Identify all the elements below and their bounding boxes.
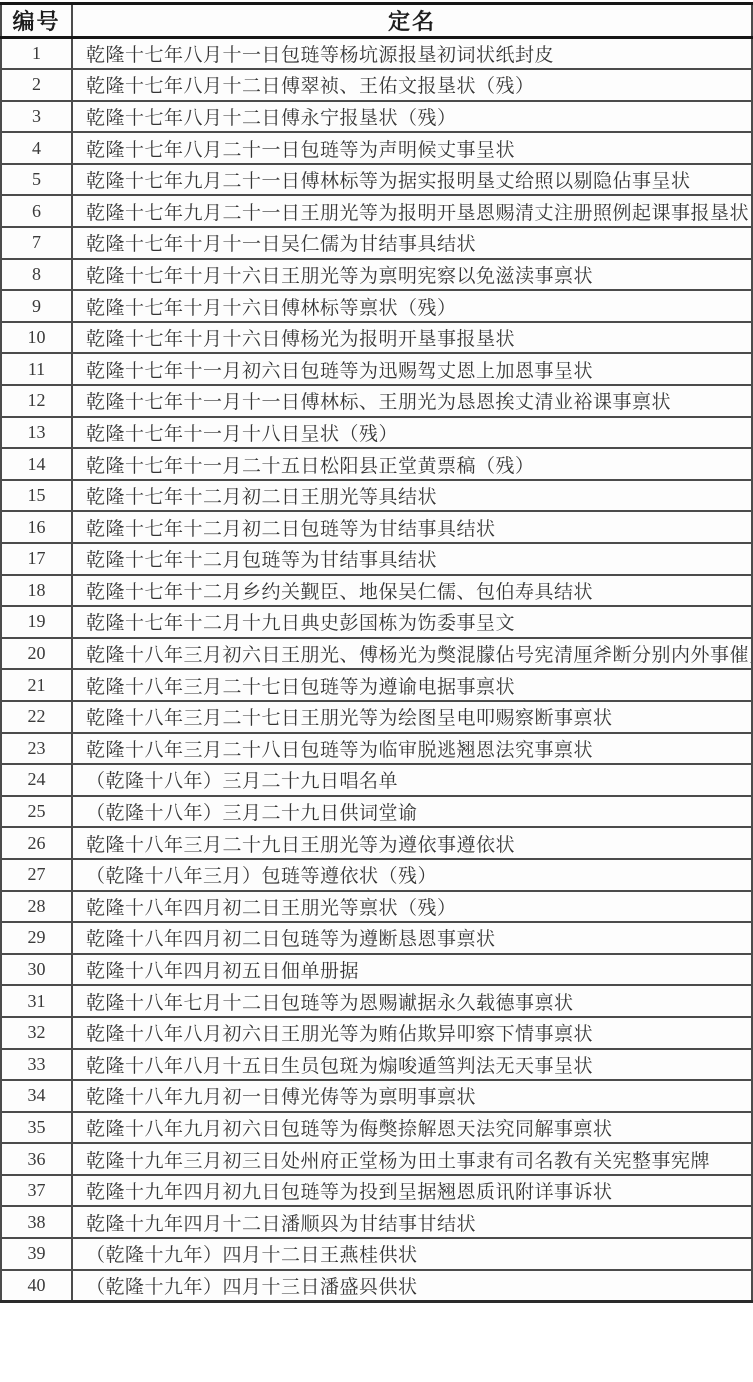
table-row: 28 乾隆十八年四月初二日王朋光等禀状（残） bbox=[1, 891, 752, 923]
row-title: 乾隆十七年十一月二十五日松阳县正堂黄票稿（残） bbox=[72, 448, 752, 480]
table-row: 33 乾隆十八年八月十五日生员包斑为煽唆遁筜判法无天事呈状 bbox=[1, 1049, 752, 1081]
header-cell-title: 定名 bbox=[72, 4, 752, 38]
table-row: 26 乾隆十八年三月二十九日王朋光等为遵依事遵依状 bbox=[1, 827, 752, 859]
row-title: 乾隆十七年八月十二日傅永宁报垦状（残） bbox=[72, 101, 752, 133]
row-number: 19 bbox=[1, 606, 72, 638]
row-title: 乾隆十九年四月初九日包琏等为投到呈据翘恩质讯附详事诉状 bbox=[72, 1175, 752, 1207]
row-title: 乾隆十八年九月初一日傅光俦等为禀明事禀状 bbox=[72, 1080, 752, 1112]
row-title: 乾隆十七年十一月十八日呈状（残） bbox=[72, 417, 752, 449]
row-number: 34 bbox=[1, 1080, 72, 1112]
row-number: 29 bbox=[1, 922, 72, 954]
row-title: 乾隆十八年三月二十八日包琏等为临审脱逃翘恩法究事禀状 bbox=[72, 733, 752, 765]
row-number: 31 bbox=[1, 985, 72, 1017]
table-row: 18 乾隆十七年十二月乡约关觐臣、地保吴仁儒、包伯寿具结状 bbox=[1, 575, 752, 607]
row-number: 26 bbox=[1, 827, 72, 859]
row-number: 10 bbox=[1, 322, 72, 354]
row-number: 27 bbox=[1, 859, 72, 891]
table-row: 31 乾隆十八年七月十二日包琏等为恩赐谳据永久载德事禀状 bbox=[1, 985, 752, 1017]
row-number: 5 bbox=[1, 164, 72, 196]
row-number: 17 bbox=[1, 543, 72, 575]
row-title: （乾隆十九年）四月十二日王燕桂供状 bbox=[72, 1238, 752, 1270]
row-number: 35 bbox=[1, 1112, 72, 1144]
table-row: 10 乾隆十七年十月十六日傅杨光为报明开垦事报垦状 bbox=[1, 322, 752, 354]
table-row: 9 乾隆十七年十月十六日傅林标等禀状（残） bbox=[1, 290, 752, 322]
row-title: 乾隆十八年七月十二日包琏等为恩赐谳据永久载德事禀状 bbox=[72, 985, 752, 1017]
table-row: 17 乾隆十七年十二月包琏等为甘结事具结状 bbox=[1, 543, 752, 575]
row-number: 13 bbox=[1, 417, 72, 449]
row-number: 37 bbox=[1, 1175, 72, 1207]
table-header: 编号 定名 bbox=[1, 4, 752, 38]
header-cell-number: 编号 bbox=[1, 4, 72, 38]
row-number: 4 bbox=[1, 132, 72, 164]
row-title: 乾隆十八年九月初六日包琏等为侮獘捺解恩天法究同解事禀状 bbox=[72, 1112, 752, 1144]
table-row: 36 乾隆十九年三月初三日处州府正堂杨为田土事隶有司名教有关宪整事宪牌 bbox=[1, 1143, 752, 1175]
row-number: 1 bbox=[1, 38, 72, 70]
table-row: 11 乾隆十七年十一月初六日包琏等为迅赐驾丈恩上加恩事呈状 bbox=[1, 353, 752, 385]
row-title: 乾隆十七年八月十二日傅翠祯、王佑文报垦状（残） bbox=[72, 69, 752, 101]
row-number: 22 bbox=[1, 701, 72, 733]
row-title: 乾隆十九年四月十二日潘顺㒷为甘结事甘结状 bbox=[72, 1206, 752, 1238]
table-row: 15 乾隆十七年十二月初二日王朋光等具结状 bbox=[1, 480, 752, 512]
table-row: 37 乾隆十九年四月初九日包琏等为投到呈据翘恩质讯附详事诉状 bbox=[1, 1175, 752, 1207]
row-title: 乾隆十八年八月十五日生员包斑为煽唆遁筜判法无天事呈状 bbox=[72, 1049, 752, 1081]
table-row: 12 乾隆十七年十一月十一日傅林标、王朋光为恳恩挨丈清业裕课事禀状 bbox=[1, 385, 752, 417]
row-title: 乾隆十七年十一月初六日包琏等为迅赐驾丈恩上加恩事呈状 bbox=[72, 353, 752, 385]
row-title: （乾隆十八年）三月二十九日供词堂谕 bbox=[72, 796, 752, 828]
table-row: 20 乾隆十八年三月初六日王朋光、傅杨光为獘混朦佔号宪清厘斧断分别内外事催呈 bbox=[1, 638, 752, 670]
row-title: 乾隆十八年三月二十九日王朋光等为遵依事遵依状 bbox=[72, 827, 752, 859]
row-number: 23 bbox=[1, 733, 72, 765]
document-scan: 编号 定名 1 乾隆十七年八月十一日包琏等杨坑源报垦初词状纸封皮 2 乾隆十七年… bbox=[0, 0, 753, 1303]
row-number: 38 bbox=[1, 1206, 72, 1238]
row-number: 24 bbox=[1, 764, 72, 796]
table-row: 8 乾隆十七年十月十六日王朋光等为禀明宪察以免滋渎事禀状 bbox=[1, 259, 752, 291]
row-number: 40 bbox=[1, 1270, 72, 1302]
row-number: 20 bbox=[1, 638, 72, 670]
row-number: 16 bbox=[1, 511, 72, 543]
table-row: 27 （乾隆十八年三月）包琏等遵依状（残） bbox=[1, 859, 752, 891]
row-title: 乾隆十七年八月二十一日包琏等为声明候丈事呈状 bbox=[72, 132, 752, 164]
row-title: 乾隆十八年四月初二日王朋光等禀状（残） bbox=[72, 891, 752, 923]
row-title: 乾隆十七年十一月十一日傅林标、王朋光为恳恩挨丈清业裕课事禀状 bbox=[72, 385, 752, 417]
row-title: 乾隆十九年三月初三日处州府正堂杨为田土事隶有司名教有关宪整事宪牌 bbox=[72, 1143, 752, 1175]
row-number: 2 bbox=[1, 69, 72, 101]
row-number: 12 bbox=[1, 385, 72, 417]
table-row: 21 乾隆十八年三月二十七日包琏等为遵谕电据事禀状 bbox=[1, 669, 752, 701]
catalog-table: 编号 定名 1 乾隆十七年八月十一日包琏等杨坑源报垦初词状纸封皮 2 乾隆十七年… bbox=[0, 2, 753, 1303]
row-title: 乾隆十七年十二月初二日王朋光等具结状 bbox=[72, 480, 752, 512]
row-number: 28 bbox=[1, 891, 72, 923]
row-number: 36 bbox=[1, 1143, 72, 1175]
table-row: 30 乾隆十八年四月初五日佃单册据 bbox=[1, 954, 752, 986]
row-number: 9 bbox=[1, 290, 72, 322]
table-row: 40 （乾隆十九年）四月十三日潘盛㒷供状 bbox=[1, 1270, 752, 1302]
table-row: 29 乾隆十八年四月初二日包琏等为遵断恳恩事禀状 bbox=[1, 922, 752, 954]
table-row: 35 乾隆十八年九月初六日包琏等为侮獘捺解恩天法究同解事禀状 bbox=[1, 1112, 752, 1144]
row-title: 乾隆十七年九月二十一日傅林标等为据实报明垦丈给照以剔隐佔事呈状 bbox=[72, 164, 752, 196]
table-row: 3 乾隆十七年八月十二日傅永宁报垦状（残） bbox=[1, 101, 752, 133]
row-number: 7 bbox=[1, 227, 72, 259]
row-title: 乾隆十八年三月二十七日王朋光等为绘图呈电叩赐察断事禀状 bbox=[72, 701, 752, 733]
row-number: 33 bbox=[1, 1049, 72, 1081]
row-title: （乾隆十八年）三月二十九日唱名单 bbox=[72, 764, 752, 796]
row-title: 乾隆十七年十二月初二日包琏等为甘结事具结状 bbox=[72, 511, 752, 543]
row-title: 乾隆十八年三月二十七日包琏等为遵谕电据事禀状 bbox=[72, 669, 752, 701]
table-row: 14 乾隆十七年十一月二十五日松阳县正堂黄票稿（残） bbox=[1, 448, 752, 480]
row-title: 乾隆十七年八月十一日包琏等杨坑源报垦初词状纸封皮 bbox=[72, 38, 752, 70]
row-title: 乾隆十七年十二月包琏等为甘结事具结状 bbox=[72, 543, 752, 575]
row-number: 30 bbox=[1, 954, 72, 986]
row-title: 乾隆十七年十月十六日傅林标等禀状（残） bbox=[72, 290, 752, 322]
row-number: 18 bbox=[1, 575, 72, 607]
table-row: 7 乾隆十七年十月十一日吴仁儒为甘结事具结状 bbox=[1, 227, 752, 259]
row-number: 32 bbox=[1, 1017, 72, 1049]
row-title: 乾隆十八年四月初五日佃单册据 bbox=[72, 954, 752, 986]
row-title: 乾隆十八年三月初六日王朋光、傅杨光为獘混朦佔号宪清厘斧断分别内外事催呈 bbox=[72, 638, 752, 670]
row-number: 11 bbox=[1, 353, 72, 385]
row-number: 21 bbox=[1, 669, 72, 701]
table-row: 22 乾隆十八年三月二十七日王朋光等为绘图呈电叩赐察断事禀状 bbox=[1, 701, 752, 733]
table-row: 13 乾隆十七年十一月十八日呈状（残） bbox=[1, 417, 752, 449]
row-number: 14 bbox=[1, 448, 72, 480]
row-title: 乾隆十七年九月二十一日王朋光等为报明开垦恩赐清丈注册照例起课事报垦状 bbox=[72, 195, 752, 227]
table-row: 38 乾隆十九年四月十二日潘顺㒷为甘结事甘结状 bbox=[1, 1206, 752, 1238]
row-number: 3 bbox=[1, 101, 72, 133]
table-row: 24 （乾隆十八年）三月二十九日唱名单 bbox=[1, 764, 752, 796]
row-title: 乾隆十七年十二月乡约关觐臣、地保吴仁儒、包伯寿具结状 bbox=[72, 575, 752, 607]
row-title: （乾隆十八年三月）包琏等遵依状（残） bbox=[72, 859, 752, 891]
header-row: 编号 定名 bbox=[1, 4, 752, 38]
table-row: 2 乾隆十七年八月十二日傅翠祯、王佑文报垦状（残） bbox=[1, 69, 752, 101]
row-title: 乾隆十八年四月初二日包琏等为遵断恳恩事禀状 bbox=[72, 922, 752, 954]
row-title: 乾隆十八年八月初六日王朋光等为贿佔欺异叩察下情事禀状 bbox=[72, 1017, 752, 1049]
table-row: 6 乾隆十七年九月二十一日王朋光等为报明开垦恩赐清丈注册照例起课事报垦状 bbox=[1, 195, 752, 227]
table-row: 32 乾隆十八年八月初六日王朋光等为贿佔欺异叩察下情事禀状 bbox=[1, 1017, 752, 1049]
row-title: （乾隆十九年）四月十三日潘盛㒷供状 bbox=[72, 1270, 752, 1302]
table-row: 5 乾隆十七年九月二十一日傅林标等为据实报明垦丈给照以剔隐佔事呈状 bbox=[1, 164, 752, 196]
row-title: 乾隆十七年十二月十九日典史彭国栋为饬委事呈文 bbox=[72, 606, 752, 638]
table-row: 16 乾隆十七年十二月初二日包琏等为甘结事具结状 bbox=[1, 511, 752, 543]
row-number: 8 bbox=[1, 259, 72, 291]
table-row: 19 乾隆十七年十二月十九日典史彭国栋为饬委事呈文 bbox=[1, 606, 752, 638]
table-body: 1 乾隆十七年八月十一日包琏等杨坑源报垦初词状纸封皮 2 乾隆十七年八月十二日傅… bbox=[1, 38, 752, 1302]
table-row: 23 乾隆十八年三月二十八日包琏等为临审脱逃翘恩法究事禀状 bbox=[1, 733, 752, 765]
row-number: 39 bbox=[1, 1238, 72, 1270]
table-row: 1 乾隆十七年八月十一日包琏等杨坑源报垦初词状纸封皮 bbox=[1, 38, 752, 70]
table-row: 25 （乾隆十八年）三月二十九日供词堂谕 bbox=[1, 796, 752, 828]
table-row: 4 乾隆十七年八月二十一日包琏等为声明候丈事呈状 bbox=[1, 132, 752, 164]
row-number: 25 bbox=[1, 796, 72, 828]
row-number: 15 bbox=[1, 480, 72, 512]
row-title: 乾隆十七年十月十六日王朋光等为禀明宪察以免滋渎事禀状 bbox=[72, 259, 752, 291]
row-title: 乾隆十七年十月十六日傅杨光为报明开垦事报垦状 bbox=[72, 322, 752, 354]
table-row: 34 乾隆十八年九月初一日傅光俦等为禀明事禀状 bbox=[1, 1080, 752, 1112]
row-title: 乾隆十七年十月十一日吴仁儒为甘结事具结状 bbox=[72, 227, 752, 259]
table-row: 39 （乾隆十九年）四月十二日王燕桂供状 bbox=[1, 1238, 752, 1270]
row-number: 6 bbox=[1, 195, 72, 227]
